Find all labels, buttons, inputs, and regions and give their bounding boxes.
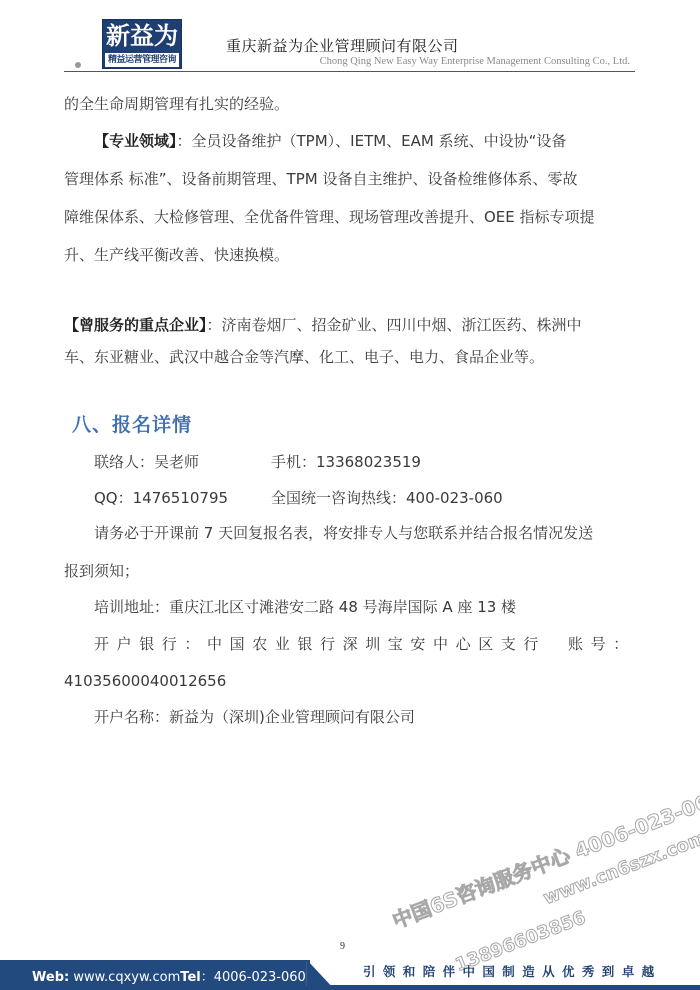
notice-line-2: 报到须知； bbox=[64, 560, 139, 582]
clients-text: ：济南卷烟厂、招金矿业、四川中烟、浙江医药、株洲中 bbox=[207, 316, 582, 334]
company-name-cn: 重庆新益为企业管理顾问有限公司 bbox=[226, 35, 459, 56]
header-divider bbox=[64, 71, 635, 72]
expertise-line-1: 【专业领域】：全员设备维护（TPM）、IETM、EAM 系统、中设协“设备 bbox=[94, 130, 566, 152]
footer-slogan: 引领和陪伴中国制造从优秀到卓越 bbox=[363, 962, 662, 980]
expertise-label: 【专业领域】 bbox=[94, 132, 177, 150]
footer-web-label: Web: bbox=[32, 970, 69, 985]
notice-line-1: 请务必于开课前 7 天回复报名表，将安排专人与您联系并结合报名情况发送 bbox=[94, 522, 593, 544]
page-header: 新益为 精益运营管理咨询 重庆新益为企业管理顾问有限公司 Chong Qing … bbox=[0, 0, 700, 72]
footer-contact: Web: www.cqxyw.comTel：4006-023-060 bbox=[32, 966, 306, 985]
account-label: 账号： bbox=[568, 633, 636, 655]
footer-tel-value: ：4006-023-060 bbox=[201, 970, 306, 985]
expertise-line-4: 升、生产线平衡改善、快速换模。 bbox=[64, 244, 289, 266]
logo-sub-text: 精益运营管理咨询 bbox=[105, 53, 179, 67]
footer-web-link[interactable]: www.cqxyw.com bbox=[69, 970, 180, 985]
intro-continuation: 的全生命周期管理有扎实的经验。 bbox=[64, 93, 289, 115]
expertise-text: ：全员设备维护（TPM）、IETM、EAM 系统、中设协“设备 bbox=[177, 132, 567, 150]
account-name: 开户名称：新益为（深圳)企业管理顾问有限公司 bbox=[94, 706, 415, 728]
contact-mobile: 手机：13368023519 bbox=[271, 451, 421, 473]
footer-tel-label: Tel bbox=[180, 970, 200, 985]
account-number: 41035600040012656 bbox=[64, 670, 226, 692]
contact-qq: QQ：1476510795 bbox=[94, 487, 228, 509]
company-logo: 新益为 精益运营管理咨询 bbox=[102, 19, 182, 69]
bank-name: 开户银行：中国农业银行深圳宝安中心区支行 bbox=[94, 633, 546, 655]
training-address: 培训地址：重庆江北区寸滩港安二路 48 号海岸国际 A 座 13 楼 bbox=[94, 596, 516, 618]
page-number: 9 bbox=[340, 941, 345, 952]
clients-line-2: 车、东亚糖业、武汉中越合金等汽摩、化工、电子、电力、食品企业等。 bbox=[64, 346, 544, 368]
logo-main-text: 新益为 bbox=[103, 21, 181, 51]
contact-person: 联络人：吴老师 bbox=[94, 451, 199, 473]
section-title-registration: 八、报名详情 bbox=[72, 410, 192, 437]
clients-label: 【曾服务的重点企业】 bbox=[64, 316, 207, 334]
expertise-line-2: 管理体系 标准”、设备前期管理、TPM 设备自主维护、设备检维修体系、零故 bbox=[64, 168, 577, 190]
clients-line-1: 【曾服务的重点企业】：济南卷烟厂、招金矿业、四川中烟、浙江医药、株洲中 bbox=[64, 314, 582, 336]
contact-hotline: 全国统一咨询热线：400-023-060 bbox=[271, 487, 503, 509]
footer-divider bbox=[306, 962, 307, 986]
expertise-line-3: 障维保体系、大检修管理、全优备件管理、现场管理改善提升、OEE 指标专项提 bbox=[64, 206, 595, 228]
company-name-en: Chong Qing New Easy Way Enterprise Manag… bbox=[320, 56, 630, 67]
bullet-dot-icon bbox=[75, 62, 81, 68]
footer-band-right bbox=[330, 985, 700, 990]
